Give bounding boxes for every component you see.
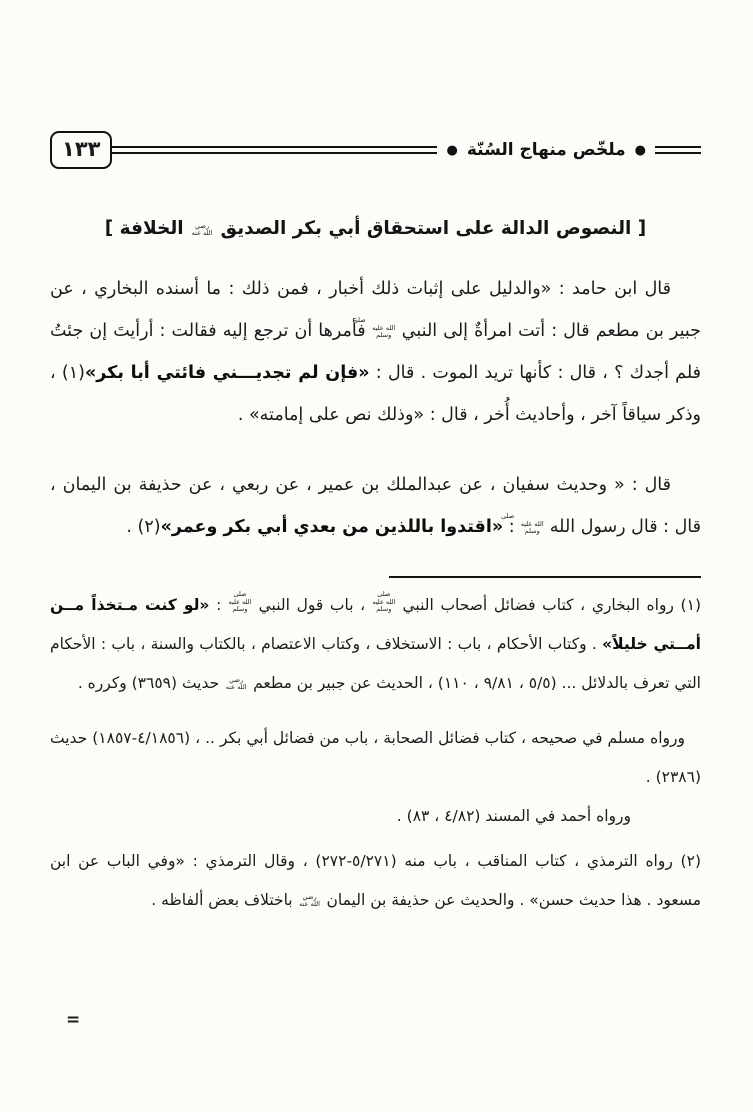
honorific-mark: صلى الله عليه وسلم <box>372 591 396 613</box>
footnote-1-muslim: ورواه مسلم في صحيحه ، كتاب فضائل الصحابة… <box>50 719 701 797</box>
honorific-mark: رضي الله عنه <box>190 223 214 238</box>
text-segment: (٢) . <box>126 517 160 537</box>
honorific-mark: رضي الله عنه <box>298 894 322 909</box>
header-rule-right <box>655 146 701 154</box>
page-number: ١٣٣ <box>62 137 100 161</box>
text-segment: (١) رواه البخاري ، كتاب فضائل أصحاب النب… <box>396 596 701 614</box>
honorific-mark: صلى الله عليه وسلم <box>520 513 544 535</box>
text-segment: باختلاف بعض ألفاظه . <box>151 891 297 909</box>
text-segment: [ النصوص الدالة على استحقاق أبي بكر الصد… <box>214 218 646 239</box>
continuation-mark: = <box>66 1010 80 1030</box>
text-segment: ورواه أحمد في المسند (٤/٨٢ ، ٨٣) . <box>397 807 631 825</box>
section-title: [ النصوص الدالة على استحقاق أبي بكر الصد… <box>80 214 671 244</box>
header-title: ملخّص منهاج السُنّة <box>467 140 626 160</box>
footnotes-block: (١) رواه البخاري ، كتاب فضائل أصحاب النب… <box>50 586 701 920</box>
text-segment: : <box>209 596 228 614</box>
page-number-box: ١٣٣ <box>50 131 112 169</box>
text-segment: حديث (٣٦٥٩) وكرره . <box>78 674 224 692</box>
honorific-mark: رضي الله عنه <box>224 677 248 692</box>
honorific-mark: صلى الله عليه وسلم <box>228 591 252 613</box>
body-paragraph-1: قال ابن حامد : «والدليل على إثبات ذلك أخ… <box>50 268 701 436</box>
honorific-mark: صلى الله عليه وسلم <box>372 317 396 339</box>
footnote-1: (١) رواه البخاري ، كتاب فضائل أصحاب النب… <box>50 586 701 703</box>
bold-text: «اقتدوا باللذين من بعدي أبي بكر وعمر» <box>161 517 504 537</box>
footnote-2: (٢) رواه الترمذي ، كتاب المناقب ، باب من… <box>50 842 701 920</box>
text-segment: (٢) رواه الترمذي ، كتاب المناقب ، باب من… <box>50 852 701 909</box>
book-page: ١٣٣ ● ملخّص منهاج السُنّة ● [ النصوص الد… <box>0 0 753 1112</box>
header-rule-left <box>108 146 437 154</box>
text-segment: ورواه مسلم في صحيحه ، كتاب فضائل الصحابة… <box>50 729 701 786</box>
page-header: ١٣٣ ● ملخّص منهاج السُنّة ● <box>50 130 701 170</box>
footnote-1-ahmad: ورواه أحمد في المسند (٤/٨٢ ، ٨٣) . <box>50 797 701 836</box>
header-bullet-right: ● <box>635 144 646 157</box>
text-segment: ، باب قول النبي <box>252 596 372 614</box>
text-segment: الخلافة ] <box>105 218 190 239</box>
bold-text: «فإن لم تجديـــني فائتي أبا بكر» <box>85 363 370 383</box>
body-paragraph-2: قال : « وحديث سفيان ، عن عبدالملك بن عمي… <box>50 464 701 548</box>
footnote-separator <box>389 576 701 578</box>
header-bullet-left: ● <box>446 144 457 157</box>
